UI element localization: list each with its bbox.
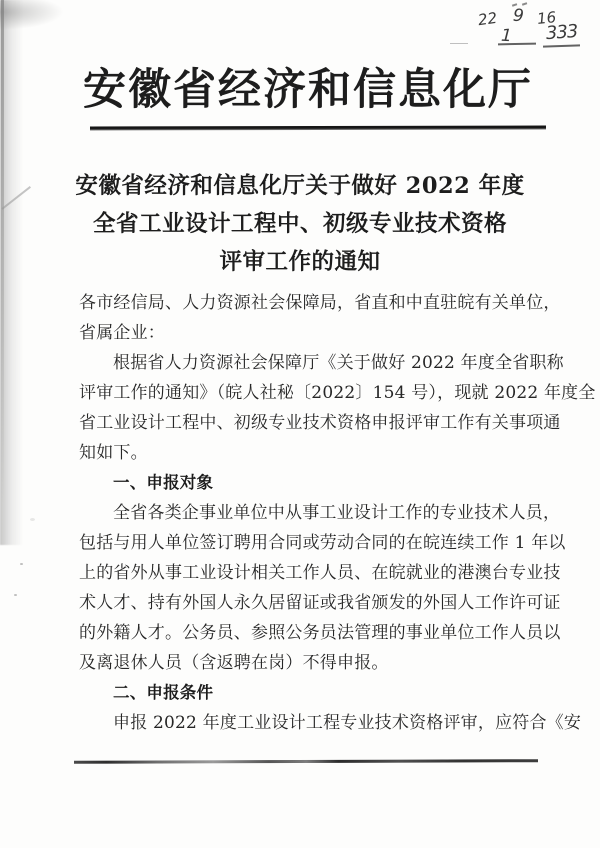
handwritten-number: 9 [512,6,524,27]
body-line: 上的省外从事工业设计相关工作人员、在皖就业的港澳台专业技 [79,558,541,588]
page-footer-rule [74,759,538,763]
letterhead-agency-name: 安徽省经济和信息化厅 [83,56,533,117]
letterhead-rule [90,126,546,130]
letterhead: 安徽省经济和信息化厅 [0,56,600,117]
document-title-line: 全省工业设计工程中、初级专业技术资格 [40,205,560,243]
document-title-line: 评审工作的通知 [40,243,560,281]
body-line: 根据省人力资源社会保障厅《关于做好 2022 年度全省职称 [79,348,541,378]
handwritten-number: 22 [477,9,498,29]
body-line: 的外籍人才。公务员、参照公务员法管理的事业单位工作人员以 [79,618,541,648]
ink-mark [522,2,527,5]
body-line: 包括与用人单位签订聘用合同或劳动合同的在皖连续工作 1 年以 [79,528,541,558]
section-heading-1: 一、申报对象 [79,468,541,498]
handwritten-underline [498,43,536,46]
body-line: 评审工作的通知》（皖人社秘〔2022〕154 号），现就 2022 年度全 [79,378,541,408]
handwritten-registry-marks: 22 9 16 1 333 [0,0,600,60]
body-line: 术人才、持有外国人永久居留证或我省颁发的外国人工作许可证 [79,588,541,618]
body-line: 及离退休人员（含返聘在岗）不得申报。 [79,648,541,678]
document-title: 安徽省经济和信息化厅关于做好 2022 年度 全省工业设计工程中、初级专业技术资… [40,167,560,281]
document-body: 各市经信局、人力资源社会保障局，省直和中直驻皖有关单位， 省属企业： 根据省人力… [79,288,541,738]
handwritten-underline [450,43,468,44]
body-line: 知如下。 [79,438,541,468]
body-line: 省工业设计工程中、初级专业技术资格申报评审工作有关事项通 [79,408,541,438]
body-line-salutation: 省属企业： [79,318,541,348]
handwritten-underline [543,44,580,47]
scan-speck [20,563,23,565]
scanned-document-page: 22 9 16 1 333 安徽省经济和信息化厅 安徽省经济和信息化厅关于做好 … [0,0,600,848]
handwritten-number: 333 [545,21,578,44]
section-heading-2: 二、申报条件 [79,678,541,708]
body-line-salutation: 各市经信局、人力资源社会保障局，省直和中直驻皖有关单位， [79,288,541,318]
scan-speck [14,594,17,596]
body-line: 全省各类企事业单位中从事工业设计工作的专业技术人员， [79,498,541,528]
document-title-line: 安徽省经济和信息化厅关于做好 2022 年度 [40,167,560,205]
scan-speck [30,518,35,521]
body-line: 申报 2022 年度工业设计工程专业技术资格评审，应符合《安 [79,708,541,738]
